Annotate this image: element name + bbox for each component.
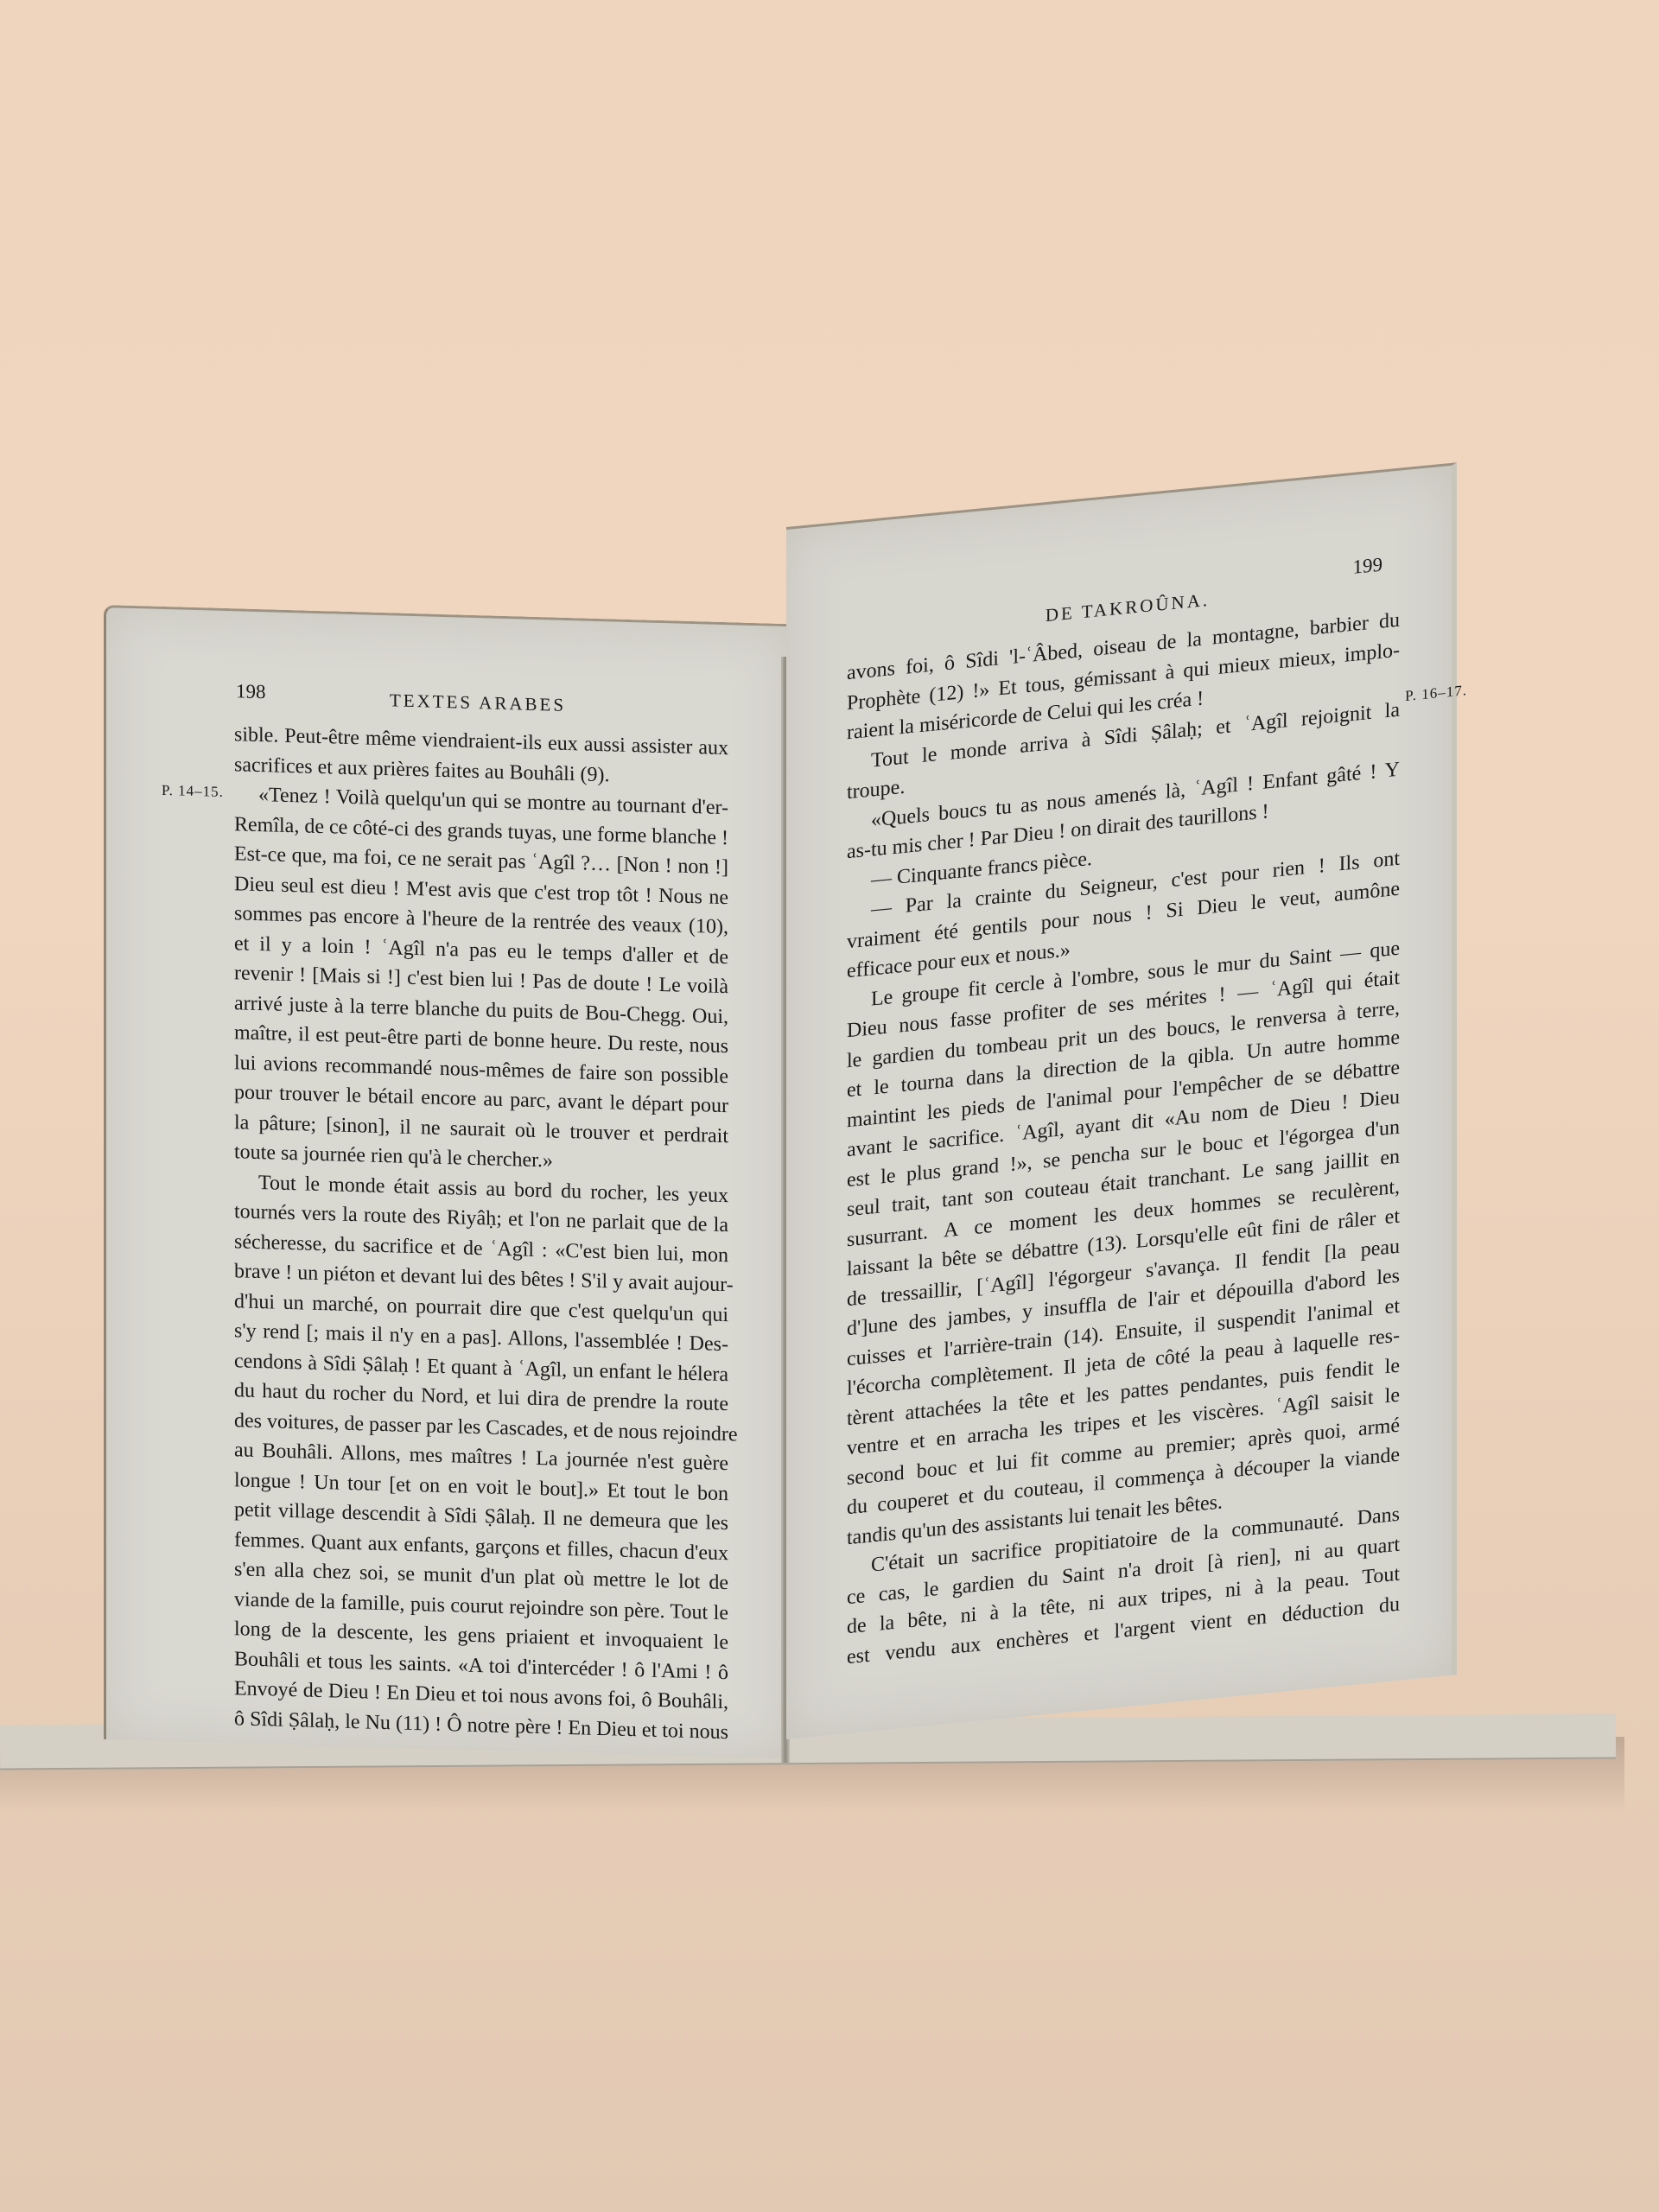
page-number-right: 199 — [1353, 554, 1383, 579]
left-page-text: sible. Peut-être même viendraient-ils eu… — [234, 720, 728, 1747]
margin-note-right: P. 16–17. — [1405, 682, 1467, 705]
running-title-left: TEXTES ARABES — [236, 685, 720, 721]
right-page: DE TAKROÛNA. 199 P. 16–17. avons foi, ô … — [786, 462, 1457, 1739]
left-running-head: 198 TEXTES ARABES — [236, 680, 720, 728]
left-page: 198 TEXTES ARABES P. 14–15. sible. Peut-… — [104, 605, 789, 1758]
margin-note-left: P. 14–15. — [162, 782, 224, 801]
right-page-text: avons foi, ô Sîdi 'l-ʿÂbed, oiseau de la… — [847, 606, 1400, 1673]
